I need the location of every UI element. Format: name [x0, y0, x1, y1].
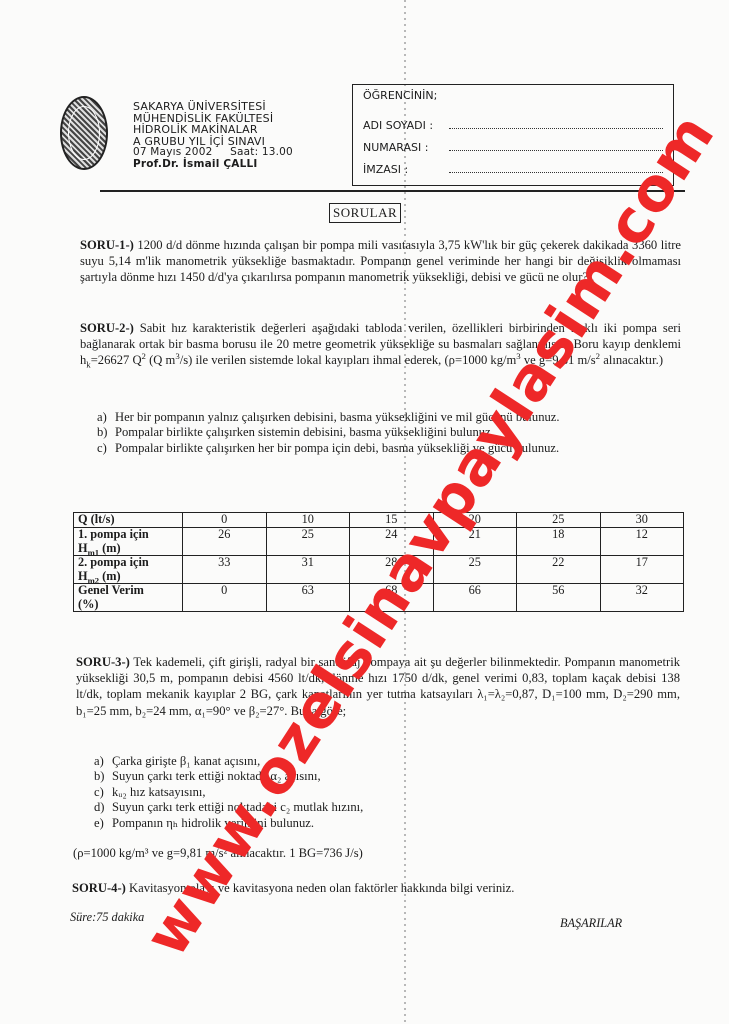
- question-1-number: SORU-1-): [80, 238, 134, 252]
- table-cell: 22: [517, 556, 601, 584]
- question-2: SORU-2-) Sabit hız karakteristik değerle…: [80, 320, 681, 369]
- list-item: b) Suyun çarkı terk ettiği noktada α₂ aç…: [94, 769, 494, 784]
- item-text: Her bir pompanın yalnız çalışırken debis…: [115, 410, 681, 425]
- number-label: NUMARASI :: [363, 141, 445, 154]
- row-header: 2. pompa içinHm2 (m): [74, 556, 183, 584]
- list-item: c) Pompalar birlikte çalışırken her bir …: [97, 441, 681, 456]
- item-letter: a): [97, 410, 115, 425]
- name-label: ADI SOYADI :: [363, 119, 445, 132]
- item-letter: b): [94, 769, 112, 784]
- question-3-text: Tek kademeli, çift girişli, radyal bir s…: [76, 655, 680, 718]
- table-cell: 30: [600, 513, 684, 528]
- question-3-constants: (ρ=1000 kg/m³ ve g=9,81 m/s² alınacaktır…: [73, 846, 573, 861]
- exam-page: SAKARYA ÜNİVERSİTESİ MÜHENDİSLİK FAKÜLTE…: [0, 0, 729, 1024]
- table-cell: 20: [433, 513, 517, 528]
- row-header: 1. pompa içinHm1 (m): [74, 528, 183, 556]
- student-box-title: ÖĞRENCİNİN;: [363, 89, 437, 102]
- table-cell: 24: [350, 528, 434, 556]
- question-4-text: Kavitasyon olayı ve kavitasyona neden ol…: [129, 881, 514, 895]
- list-item: b) Pompalar birlikte çalışırken sistemin…: [97, 425, 681, 440]
- item-text: Suyun çarkı terk ettiği noktadaki c₂ mut…: [112, 800, 494, 815]
- question-2-text: =26627 Q: [91, 353, 142, 367]
- item-text: Pompanın ηₕ hidrolik verimini bulunuz.: [112, 816, 494, 831]
- question-3-number: SORU-3-): [76, 655, 130, 669]
- exam-date-time: 07 Mayıs 2002 Saat: 13.00: [133, 147, 293, 159]
- pump-characteristics-table: Q (lt/s) 0 10 15 20 25 30 1. pompa içinH…: [73, 512, 684, 612]
- closing-text: BAŞARILAR: [560, 916, 622, 931]
- table-cell: 33: [183, 556, 267, 584]
- row-header: Genel Verim(%): [74, 584, 183, 612]
- table-cell: 10: [266, 513, 350, 528]
- exam-date: 07 Mayıs 2002: [133, 146, 212, 158]
- question-3: SORU-3-) Tek kademeli, çift girişli, rad…: [76, 654, 680, 719]
- row-header-line: H: [78, 569, 88, 583]
- table-cell: 26: [183, 528, 267, 556]
- question-2-text: alınacaktır.): [600, 353, 663, 367]
- university-seal-icon: [60, 96, 108, 170]
- table-row: Genel Verim(%) 0 63 68 66 56 32: [74, 584, 684, 612]
- row-header-line: H: [78, 541, 88, 555]
- table-cell: 0: [183, 584, 267, 612]
- table-cell: 18: [517, 528, 601, 556]
- table-cell: 66: [433, 584, 517, 612]
- university-name: SAKARYA ÜNİVERSİTESİ: [133, 101, 293, 113]
- item-letter: e): [94, 816, 112, 831]
- question-3-items: a) Çarka girişte β₁ kanat açısını, b) Su…: [94, 754, 494, 831]
- table-cell: 12: [600, 528, 684, 556]
- table-row: Q (lt/s) 0 10 15 20 25 30: [74, 513, 684, 528]
- table-cell: 15: [350, 513, 434, 528]
- signature-label: İMZASI :: [363, 163, 445, 176]
- item-text: Pompalar birlikte çalışırken sistemin de…: [115, 425, 681, 440]
- list-item: a) Her bir pompanın yalnız çalışırken de…: [97, 410, 681, 425]
- exam-header: SAKARYA ÜNİVERSİTESİ MÜHENDİSLİK FAKÜLTE…: [133, 101, 293, 170]
- section-title: SORULAR: [329, 203, 401, 223]
- student-info-box: ÖĞRENCİNİN; ADI SOYADI : NUMARASI : İMZA…: [352, 84, 674, 186]
- table-cell: 25: [433, 556, 517, 584]
- instructor-name: Prof.Dr. İsmail ÇALLI: [133, 159, 293, 171]
- question-2-number: SORU-2-): [80, 321, 134, 335]
- question-1-text: 1200 d/d dönme hızında çalışan bir pompa…: [80, 238, 681, 284]
- question-1: SORU-1-) 1200 d/d dönme hızında çalışan …: [80, 237, 681, 286]
- item-text: kᵤ₂ hız katsayısını,: [112, 785, 494, 800]
- row-header-line: (m): [99, 541, 121, 555]
- signature-field[interactable]: İMZASI :: [363, 163, 663, 176]
- row-header-line: (%): [78, 597, 99, 611]
- row-header: Q (lt/s): [74, 513, 183, 528]
- question-4-number: SORU-4-): [72, 881, 126, 895]
- item-text: Suyun çarkı terk ettiği noktada α₂ açısı…: [112, 769, 494, 784]
- item-text: Çarka girişte β₁ kanat açısını,: [112, 754, 494, 769]
- exam-duration: Süre:75 dakika: [70, 910, 144, 925]
- table-cell: 17: [600, 556, 684, 584]
- list-item: c) kᵤ₂ hız katsayısını,: [94, 785, 494, 800]
- list-item: e) Pompanın ηₕ hidrolik verimini bulunuz…: [94, 816, 494, 831]
- table-cell: 0: [183, 513, 267, 528]
- item-letter: c): [94, 785, 112, 800]
- table-row: 1. pompa içinHm1 (m) 26 25 24 21 18 12: [74, 528, 684, 556]
- table-cell: 28: [350, 556, 434, 584]
- question-4: SORU-4-) Kavitasyon olayı ve kavitasyona…: [72, 880, 692, 896]
- header-divider: [100, 190, 685, 192]
- item-letter: d): [94, 800, 112, 815]
- table-cell: 21: [433, 528, 517, 556]
- question-2-text: /s) ile verilen sistemde lokal kayıpları…: [180, 353, 517, 367]
- table-cell: 25: [266, 528, 350, 556]
- table-row: 2. pompa içinHm2 (m) 33 31 28 25 22 17: [74, 556, 684, 584]
- list-item: a) Çarka girişte β₁ kanat açısını,: [94, 754, 494, 769]
- item-letter: a): [94, 754, 112, 769]
- item-letter: c): [97, 441, 115, 456]
- question-2-items: a) Her bir pompanın yalnız çalışırken de…: [97, 410, 681, 456]
- number-input[interactable]: [449, 141, 663, 151]
- row-header-line: Genel Verim: [78, 583, 144, 597]
- signature-input[interactable]: [449, 163, 663, 173]
- table-cell: 63: [266, 584, 350, 612]
- table-cell: 32: [600, 584, 684, 612]
- row-header-line: 1. pompa için: [78, 527, 149, 541]
- table-cell: 31: [266, 556, 350, 584]
- number-field[interactable]: NUMARASI :: [363, 141, 663, 154]
- course-name: HİDROLİK MAKİNALAR: [133, 124, 293, 136]
- exam-time: Saat: 13.00: [230, 146, 293, 158]
- question-2-text: ve g=9,81 m/s: [521, 353, 596, 367]
- table-cell: 68: [350, 584, 434, 612]
- table-cell: 56: [517, 584, 601, 612]
- question-2-text: (Q m: [146, 353, 175, 367]
- item-letter: b): [97, 425, 115, 440]
- row-header-line: (m): [99, 569, 121, 583]
- item-text: Pompalar birlikte çalışırken her bir pom…: [115, 441, 681, 456]
- list-item: d) Suyun çarkı terk ettiği noktadaki c₂ …: [94, 800, 494, 815]
- row-header-line: 2. pompa için: [78, 555, 149, 569]
- table-cell: 25: [517, 513, 601, 528]
- name-input[interactable]: [449, 119, 663, 129]
- name-field[interactable]: ADI SOYADI :: [363, 119, 663, 132]
